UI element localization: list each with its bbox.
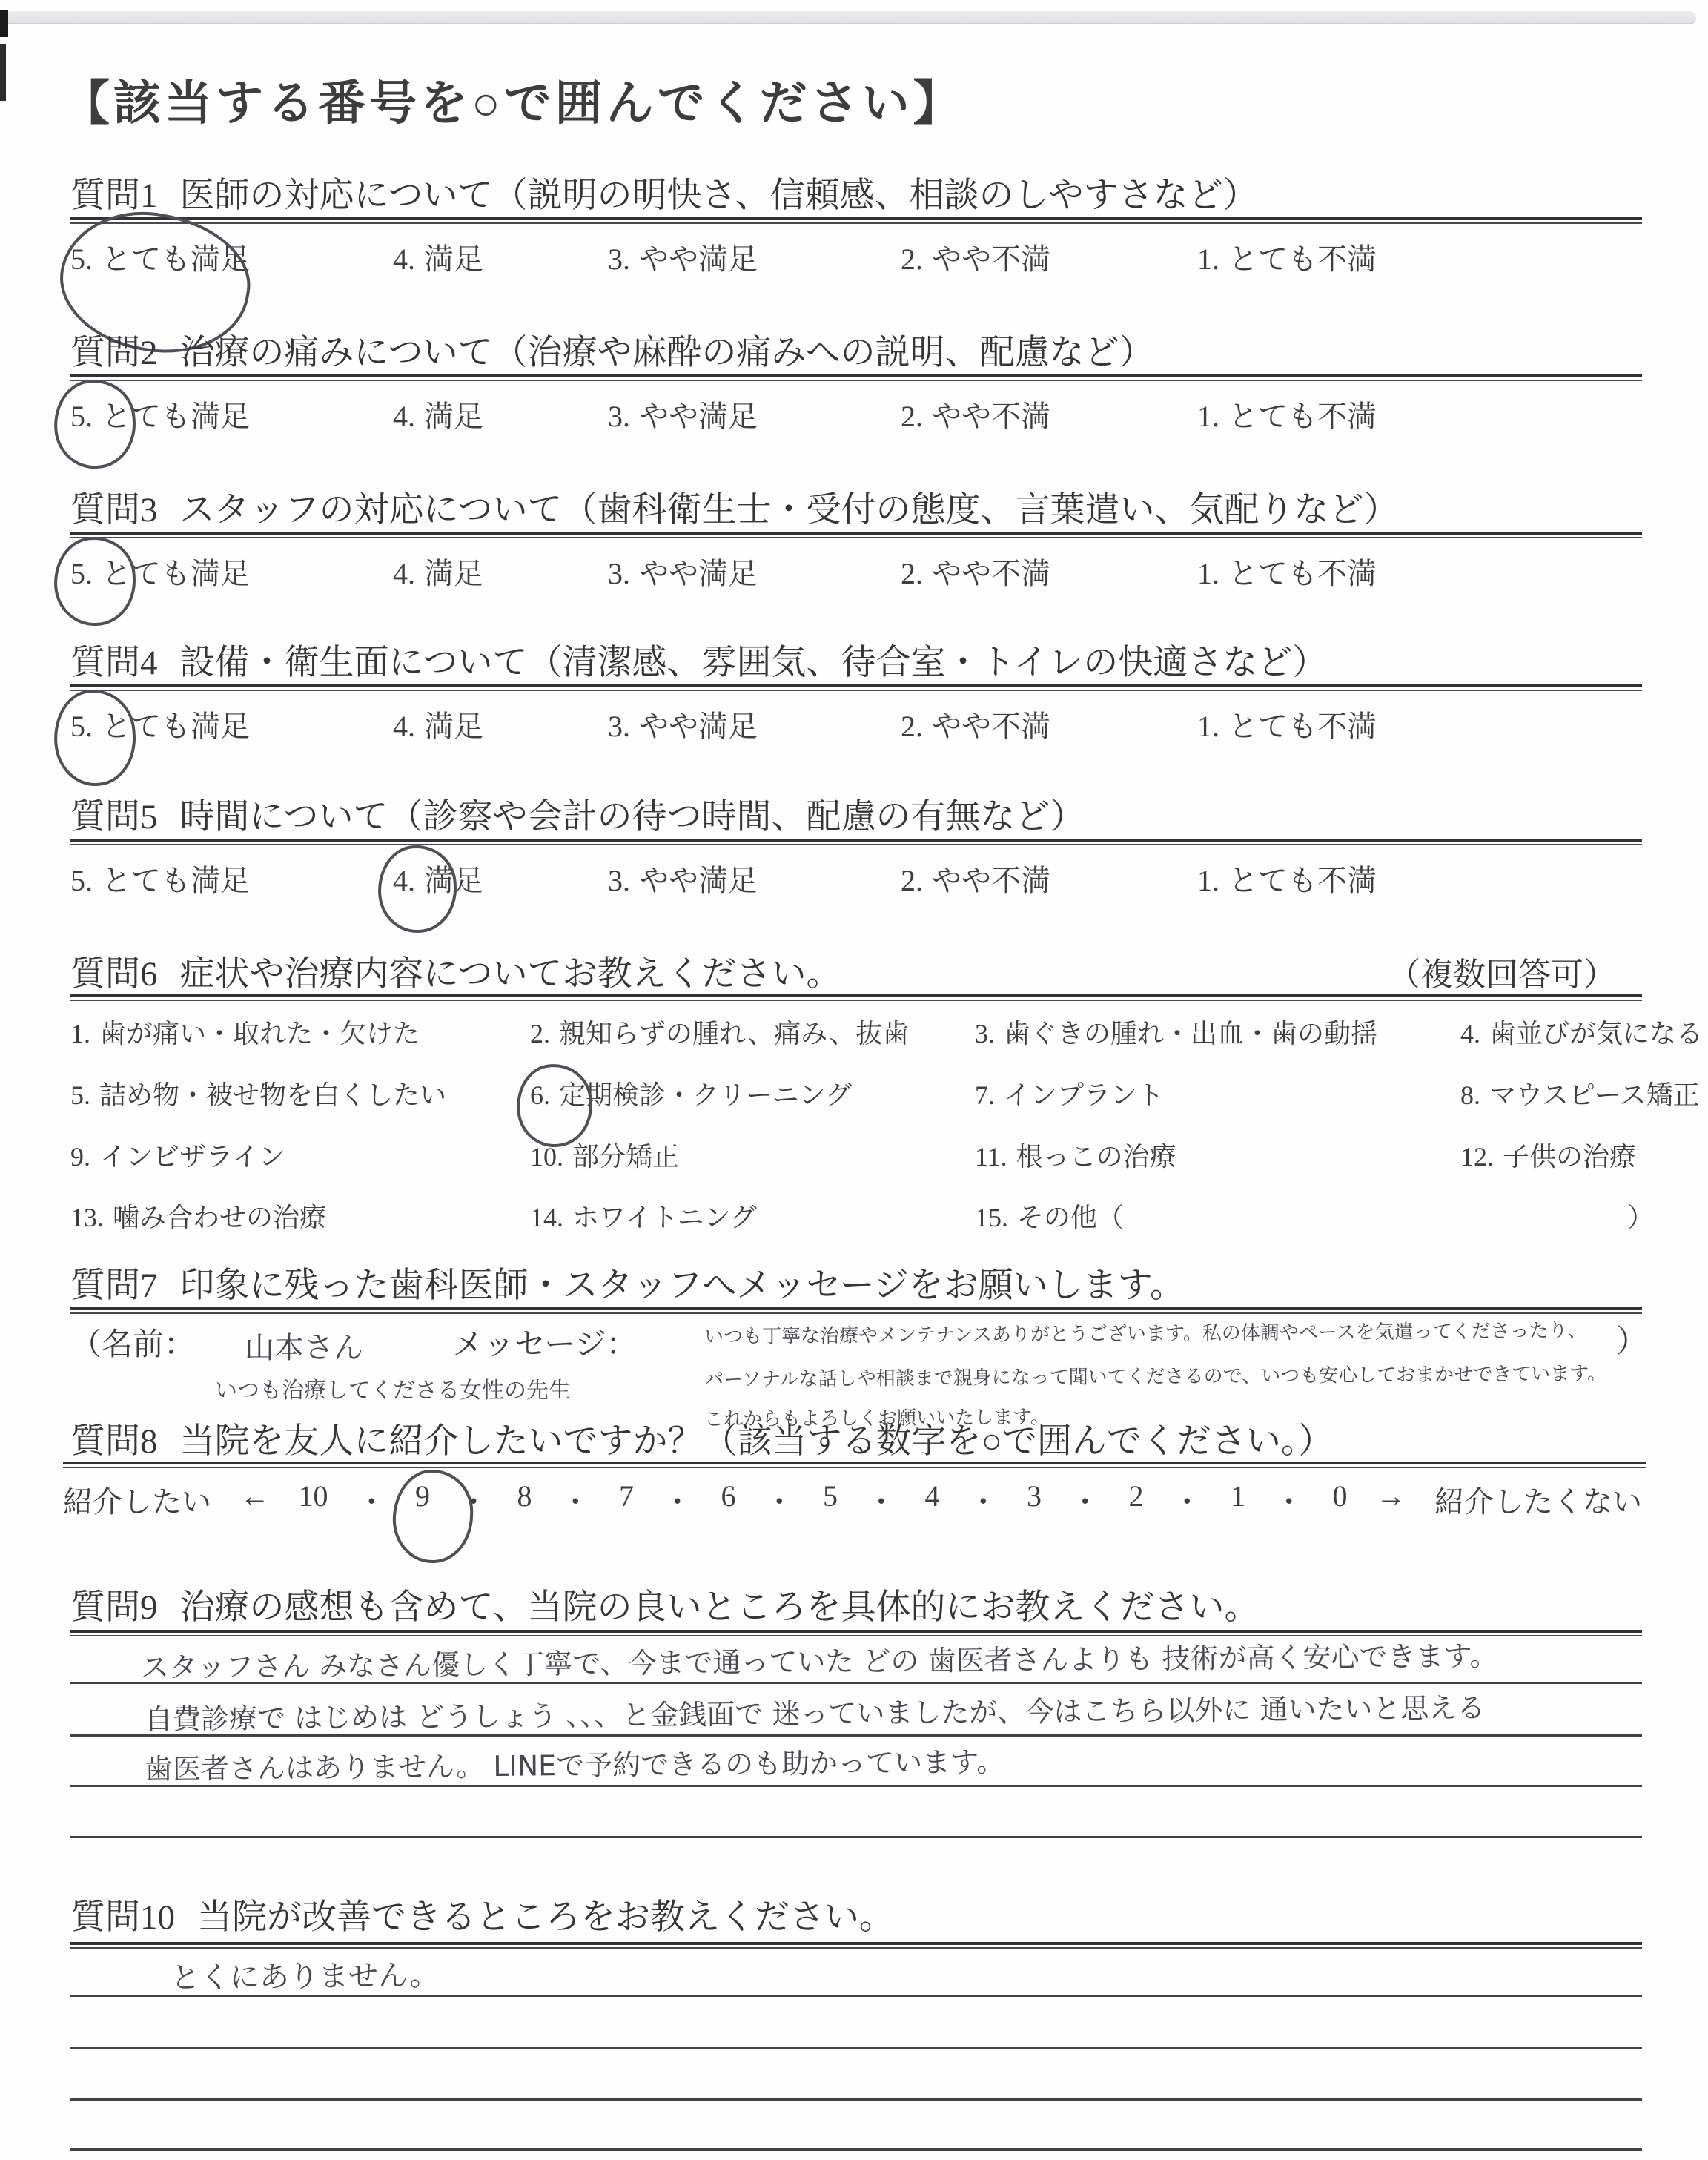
question-5-heading: 質問5時間について（診察や会計の待つ時間、配慮の有無など） (70, 789, 1085, 839)
scale-number-1: 1 (1231, 1479, 1245, 1521)
question-2-heading: 質問2治療の痛みについて（治療や麻酔の痛みへの説明、配慮など） (70, 325, 1154, 374)
symptom-item-7: 7.インプラント (975, 1074, 1164, 1112)
item-number: 14. (530, 1203, 563, 1232)
item-label: 歯並びが気になる (1489, 1019, 1703, 1048)
option-label: とても不満 (1228, 242, 1377, 276)
option-very-satisfied: 5.とても満足 (70, 393, 250, 435)
symptom-item-4: 4.歯並びが気になる (1460, 1013, 1703, 1051)
question-10-heading: 質問10当院が改善できるところをお教えください。 (70, 1889, 894, 1939)
option-very-satisfied: 5.とても満足 (70, 857, 250, 899)
option-somewhat-dissatisfied: 2.やや不満 (901, 550, 1050, 592)
option-number: 1. (1197, 864, 1219, 897)
question-3-title: スタッフの対応について（歯科衛生士・受付の態度、言葉遣い、気配りなど） (180, 491, 1399, 529)
option-number: 4. (393, 400, 415, 433)
question-4-options: 5.とても満足 4.満足 3.やや満足 2.やや不満 1.とても不満 (70, 703, 1672, 747)
recommend-scale: 紹介したい ← 10 ・ 9 ・ 8 ・ 7 ・ 6 ・ 5 ・ 4 ・ 3 ・… (63, 1479, 1642, 1521)
question-1-options: 5.とても満足 4.満足 3.やや満足 2.やや不満 1.とても不満 (70, 236, 1672, 280)
option-somewhat-dissatisfied: 2.やや不満 (901, 703, 1050, 745)
heading-rule (70, 994, 1642, 1001)
heading-rule (70, 532, 1642, 538)
question-5-options: 5.とても満足 4.満足 3.やや満足 2.やや不満 1.とても不満 (70, 857, 1672, 902)
answer-ruled-line (70, 2098, 1642, 2101)
scale-number-7: 7 (619, 1479, 634, 1521)
item-number: 7. (975, 1080, 995, 1110)
symptom-row-3: 9.インビザライン 10.部分矯正 11.根っこの治療 12.子供の治療 (70, 1136, 1687, 1176)
scale-dot: ・ (663, 1479, 692, 1521)
option-somewhat-satisfied: 3.やや満足 (608, 857, 758, 899)
item-label: 根っこの治療 (1016, 1142, 1176, 1172)
question-2-options: 5.とても満足 4.満足 3.やや満足 2.やや不満 1.とても不満 (70, 393, 1672, 437)
option-number: 1. (1197, 242, 1219, 276)
option-number: 4. (393, 242, 415, 276)
item-label: 歯が痛い・取れた・欠けた (99, 1019, 420, 1048)
option-very-dissatisfied: 1.とても不満 (1197, 236, 1377, 278)
other-close-paren: ） (1627, 1197, 1654, 1235)
option-label: とても満足 (102, 242, 250, 276)
scanned-survey-page: 【該当する番号を○で囲んでください】 質問1医師の対応について（説明の明快さ、信… (0, 0, 1708, 2160)
option-label: とても不満 (1228, 400, 1377, 433)
symptom-row-4: 13.噛み合わせの治療 14.ホワイトニング 15.その他（ ） (70, 1197, 1687, 1237)
option-label: とても不満 (1228, 557, 1377, 590)
question-6-number: 質問6 (70, 955, 158, 994)
question-9-heading: 質問9治療の感想も含めて、当院の良いところを具体的にお教えください。 (70, 1579, 1260, 1629)
item-number: 5. (70, 1080, 90, 1110)
question-7-title: 印象に残った歯科医師・スタッフへメッセージをお願いします。 (180, 1266, 1185, 1305)
answer-handwritten-line-2: 自費診療で はじめは どうしょう 、、、と金銭面で 迷っていましたが、今はこちら… (145, 1685, 1486, 1737)
option-number: 5. (70, 242, 93, 276)
option-number: 5. (70, 864, 93, 897)
option-somewhat-satisfied: 3.やや満足 (608, 703, 758, 745)
item-number: 9. (70, 1142, 90, 1172)
symptom-item-5: 5.詰め物・被せ物を白くしたい (70, 1074, 446, 1112)
scale-number-10: 10 (299, 1479, 328, 1521)
item-number: 12. (1460, 1142, 1494, 1172)
option-very-dissatisfied: 1.とても不満 (1197, 857, 1377, 899)
symptom-item-1: 1.歯が痛い・取れた・欠けた (70, 1013, 420, 1051)
item-label: 部分矯正 (572, 1142, 679, 1172)
item-number: 2. (530, 1019, 550, 1048)
scale-number-9: 9 (415, 1479, 430, 1521)
left-arrow-icon: ← (240, 1479, 270, 1521)
scale-dot: ・ (459, 1479, 489, 1521)
answer-handwritten-line-3: 歯医者さんはありません。 LINEで予約できるのも助かっています。 (145, 1739, 1005, 1787)
answer-handwritten-line-1: スタッフさん みなさん優しく丁寧で、今まで通っていた どの 歯医者さんよりも 技… (141, 1633, 1498, 1685)
symptom-item-6: 6.定期検診・クリーニング (530, 1074, 852, 1112)
scale-dot: ・ (867, 1479, 896, 1521)
page-title: 【該当する番号を○で囲んでください】 (62, 65, 964, 133)
question-8-number: 質問8 (70, 1422, 158, 1461)
option-label: 満足 (424, 864, 483, 897)
question-3-number: 質問3 (70, 491, 158, 529)
option-somewhat-dissatisfied: 2.やや不満 (901, 393, 1050, 435)
question-7-number: 質問7 (70, 1266, 158, 1305)
option-label: やや不満 (932, 242, 1050, 276)
option-somewhat-satisfied: 3.やや満足 (608, 393, 758, 435)
scale-left-label: 紹介したい (63, 1479, 211, 1521)
option-very-satisfied: 5.とても満足 (70, 703, 250, 745)
question-2-title: 治療の痛みについて（治療や麻酔の痛みへの説明、配慮など） (180, 334, 1154, 372)
scale-number-9-value: 9 (415, 1479, 430, 1513)
question-1-title: 医師の対応について（説明の明快さ、信頼感、相談のしやすさなど） (180, 176, 1258, 215)
heading-rule (70, 684, 1642, 691)
item-number: 6. (530, 1080, 550, 1110)
option-label: とても不満 (1228, 710, 1377, 743)
option-very-dissatisfied: 1.とても不満 (1197, 550, 1377, 592)
option-label: とても満足 (102, 864, 250, 897)
scale-dot: ・ (968, 1479, 998, 1521)
heading-rule (70, 374, 1642, 381)
question-8-heading: 質問8当院を友人に紹介したいですか？（該当する数字を○で囲んでください。） (70, 1413, 1333, 1463)
option-very-satisfied: 5.とても満足 (70, 550, 250, 592)
symptom-item-3: 3.歯ぐきの腫れ・出血・歯の動揺 (975, 1013, 1377, 1051)
answer-ruled-line (70, 2148, 1642, 2151)
option-satisfied: 4.満足 (393, 857, 483, 899)
item-label: 歯ぐきの腫れ・出血・歯の動揺 (1004, 1019, 1377, 1048)
option-number: 1. (1197, 710, 1219, 743)
symptom-item-10: 10.部分矯正 (530, 1136, 679, 1174)
option-number: 2. (901, 710, 923, 743)
option-label: やや不満 (932, 710, 1050, 743)
option-number: 3. (608, 557, 630, 590)
name-handwritten-value: 山本さん (245, 1324, 363, 1367)
option-satisfied: 4.満足 (393, 550, 483, 592)
item-number: 4. (1460, 1019, 1480, 1048)
option-somewhat-dissatisfied: 2.やや不満 (901, 236, 1050, 278)
item-label: マウスピース矯正 (1489, 1080, 1700, 1110)
symptom-item-15-other: 15.その他（ (975, 1197, 1124, 1235)
symptom-item-2: 2.親知らずの腫れ、痛み、抜歯 (530, 1013, 909, 1051)
symptom-row-2: 5.詰め物・被せ物を白くしたい 6.定期検診・クリーニング 7.インプラント 8… (70, 1074, 1687, 1114)
name-field-label: （名前： (70, 1320, 195, 1364)
field-close-paren: ） (1616, 1317, 1647, 1361)
item-number: 11. (975, 1142, 1007, 1172)
answer-ruled-line (70, 1995, 1642, 1997)
option-number: 3. (608, 242, 630, 276)
scale-dot: ・ (1172, 1479, 1202, 1521)
option-label: やや満足 (639, 557, 758, 590)
item-label: 詰め物・被せ物を白くしたい (99, 1080, 446, 1110)
message-handwritten-line-2: パーソナルな話しや相談まで親身になって聞いてくださるので、いつも安心しておまかせ… (704, 1358, 1606, 1392)
option-label: やや不満 (932, 864, 1050, 897)
option-satisfied: 4.満足 (393, 236, 483, 278)
option-satisfied: 4.満足 (393, 393, 483, 435)
option-very-dissatisfied: 1.とても不満 (1197, 393, 1377, 435)
scanner-edge-band (4, 11, 1696, 24)
question-6-title: 症状や治療内容についてお教えください。 (180, 955, 841, 994)
item-label: ホワイトニング (572, 1203, 757, 1232)
heading-rule (63, 1462, 1646, 1468)
option-number: 4. (393, 710, 415, 743)
option-number: 1. (1197, 557, 1219, 590)
item-label: 定期検診・クリーニング (559, 1080, 852, 1110)
item-label: インプラント (1004, 1080, 1164, 1110)
option-number: 3. (608, 864, 630, 897)
right-arrow-icon: → (1376, 1479, 1406, 1521)
option-label: やや満足 (639, 400, 758, 433)
answer-handwritten: とくにありません。 (171, 1952, 440, 1997)
question-3-heading: 質問3スタッフの対応について（歯科衛生士・受付の態度、言葉遣い、気配りなど） (70, 482, 1399, 532)
scale-dot: ・ (764, 1479, 794, 1521)
item-number: 15. (975, 1203, 1008, 1232)
item-number: 8. (1460, 1080, 1480, 1110)
answer-ruled-line (70, 2047, 1642, 2049)
option-label: やや満足 (639, 242, 758, 276)
question-1-heading: 質問1医師の対応について（説明の明快さ、信頼感、相談のしやすさなど） (70, 168, 1258, 217)
question-5-number: 質問5 (70, 798, 158, 836)
name-handwritten-note: いつも治療してくださる女性の先生 (215, 1372, 571, 1404)
question-1-number: 質問1 (70, 176, 158, 215)
option-label: 満足 (424, 400, 483, 433)
item-number: 13. (70, 1203, 104, 1232)
symptom-item-8: 8.マウスピース矯正 (1460, 1074, 1700, 1112)
option-number: 2. (901, 864, 923, 897)
option-somewhat-satisfied: 3.やや満足 (608, 236, 758, 278)
item-label: 親知らずの腫れ、痛み、抜歯 (559, 1019, 909, 1048)
question-8-title: 当院を友人に紹介したいですか？（該当する数字を○で囲んでください。） (180, 1422, 1334, 1461)
item-label: 噛み合わせの治療 (113, 1203, 326, 1232)
option-number: 4. (393, 557, 415, 590)
symptom-item-14: 14.ホワイトニング (530, 1197, 757, 1235)
option-number: 5. (70, 710, 93, 743)
question-4-number: 質問4 (70, 644, 158, 682)
question-6-heading: 質問6症状や治療内容についてお教えください。 (70, 946, 841, 996)
option-number: 3. (608, 400, 630, 433)
scale-number-5: 5 (823, 1479, 838, 1521)
scale-dot: ・ (1070, 1479, 1100, 1521)
heading-rule (70, 1942, 1642, 1949)
symptom-item-12: 12.子供の治療 (1460, 1136, 1636, 1174)
scan-edge-mark (0, 44, 6, 101)
question-2-number: 質問2 (70, 334, 158, 372)
option-number: 1. (1197, 400, 1219, 433)
answer-ruled-line (70, 1734, 1642, 1737)
option-number: 5. (70, 557, 93, 590)
scale-dot: ・ (560, 1479, 590, 1521)
scale-number-4: 4 (925, 1479, 940, 1521)
option-label: とても不満 (1228, 864, 1377, 897)
option-label: やや不満 (932, 400, 1050, 433)
question-10-title: 当院が改善できるところをお教えください。 (197, 1898, 894, 1937)
question-9-title: 治療の感想も含めて、当院の良いところを具体的にお教えください。 (180, 1588, 1260, 1627)
symptom-row-1: 1.歯が痛い・取れた・欠けた 2.親知らずの腫れ、痛み、抜歯 3.歯ぐきの腫れ・… (70, 1013, 1687, 1053)
item-label: その他（ (1017, 1203, 1124, 1232)
item-label: 子供の治療 (1503, 1142, 1636, 1172)
option-number: 3. (608, 710, 630, 743)
option-very-satisfied: 5.とても満足 (70, 236, 250, 278)
option-label: 満足 (424, 557, 483, 590)
option-somewhat-dissatisfied: 2.やや不満 (901, 857, 1050, 899)
question-9-number: 質問9 (70, 1588, 158, 1627)
option-somewhat-satisfied: 3.やや満足 (608, 550, 758, 592)
option-label: やや満足 (639, 710, 758, 743)
scale-dot: ・ (1274, 1479, 1304, 1521)
option-number: 5. (70, 400, 93, 433)
option-label: とても満足 (102, 400, 250, 433)
question-7-heading: 質問7印象に残った歯科医師・スタッフへメッセージをお願いします。 (70, 1258, 1185, 1307)
option-number: 2. (901, 400, 923, 433)
symptom-item-13: 13.噛み合わせの治療 (70, 1197, 326, 1235)
heading-rule (70, 839, 1642, 845)
message-field-label: メッセージ： (452, 1320, 637, 1364)
option-very-dissatisfied: 1.とても不満 (1197, 703, 1377, 745)
item-number: 1. (70, 1019, 90, 1048)
scale-right-label: 紹介したくない (1434, 1479, 1642, 1521)
option-number: 4. (393, 864, 415, 897)
option-number: 2. (901, 242, 923, 276)
option-label: とても満足 (102, 710, 250, 743)
scale-number-2: 2 (1129, 1479, 1144, 1521)
scale-number-3: 3 (1027, 1479, 1042, 1521)
answer-ruled-line (70, 1836, 1642, 1838)
scan-edge-mark (0, 10, 8, 37)
item-number: 10. (530, 1142, 563, 1172)
option-label: とても満足 (102, 557, 250, 590)
scale-number-8: 8 (517, 1479, 532, 1521)
option-number: 2. (901, 557, 923, 590)
question-5-title: 時間について（診察や会計の待つ時間、配慮の有無など） (180, 798, 1085, 836)
option-label: やや満足 (639, 864, 758, 897)
answer-ruled-line (70, 1785, 1642, 1787)
option-label: 満足 (424, 710, 483, 743)
question-4-heading: 質問4設備・衛生面について（清潔感、雰囲気、待合室・トイレの快適さなど） (70, 635, 1327, 684)
question-10-number: 質問10 (70, 1898, 175, 1937)
option-label: 満足 (424, 242, 483, 276)
option-satisfied: 4.満足 (393, 703, 483, 745)
heading-rule (70, 1307, 1642, 1314)
scale-number-0: 0 (1333, 1479, 1348, 1521)
multiple-answers-note: （複数回答可） (1388, 948, 1616, 995)
question-4-title: 設備・衛生面について（清潔感、雰囲気、待合室・トイレの快適さなど） (180, 644, 1328, 682)
scale-dot: ・ (357, 1479, 386, 1521)
item-number: 3. (975, 1019, 995, 1048)
message-handwritten-line-1: いつも丁寧な治療やメンテナンスありがとうございます。私の体調やペースを気遣ってく… (704, 1315, 1587, 1349)
question-3-options: 5.とても満足 4.満足 3.やや満足 2.やや不満 1.とても不満 (70, 550, 1672, 595)
answer-ruled-line (70, 1682, 1642, 1684)
symptom-item-9: 9.インビザライン (70, 1136, 285, 1174)
scale-number-6: 6 (721, 1479, 736, 1521)
item-label: インビザライン (99, 1142, 285, 1172)
symptom-item-11: 11.根っこの治療 (975, 1136, 1176, 1174)
heading-rule (70, 217, 1642, 224)
option-label: やや不満 (932, 557, 1050, 590)
